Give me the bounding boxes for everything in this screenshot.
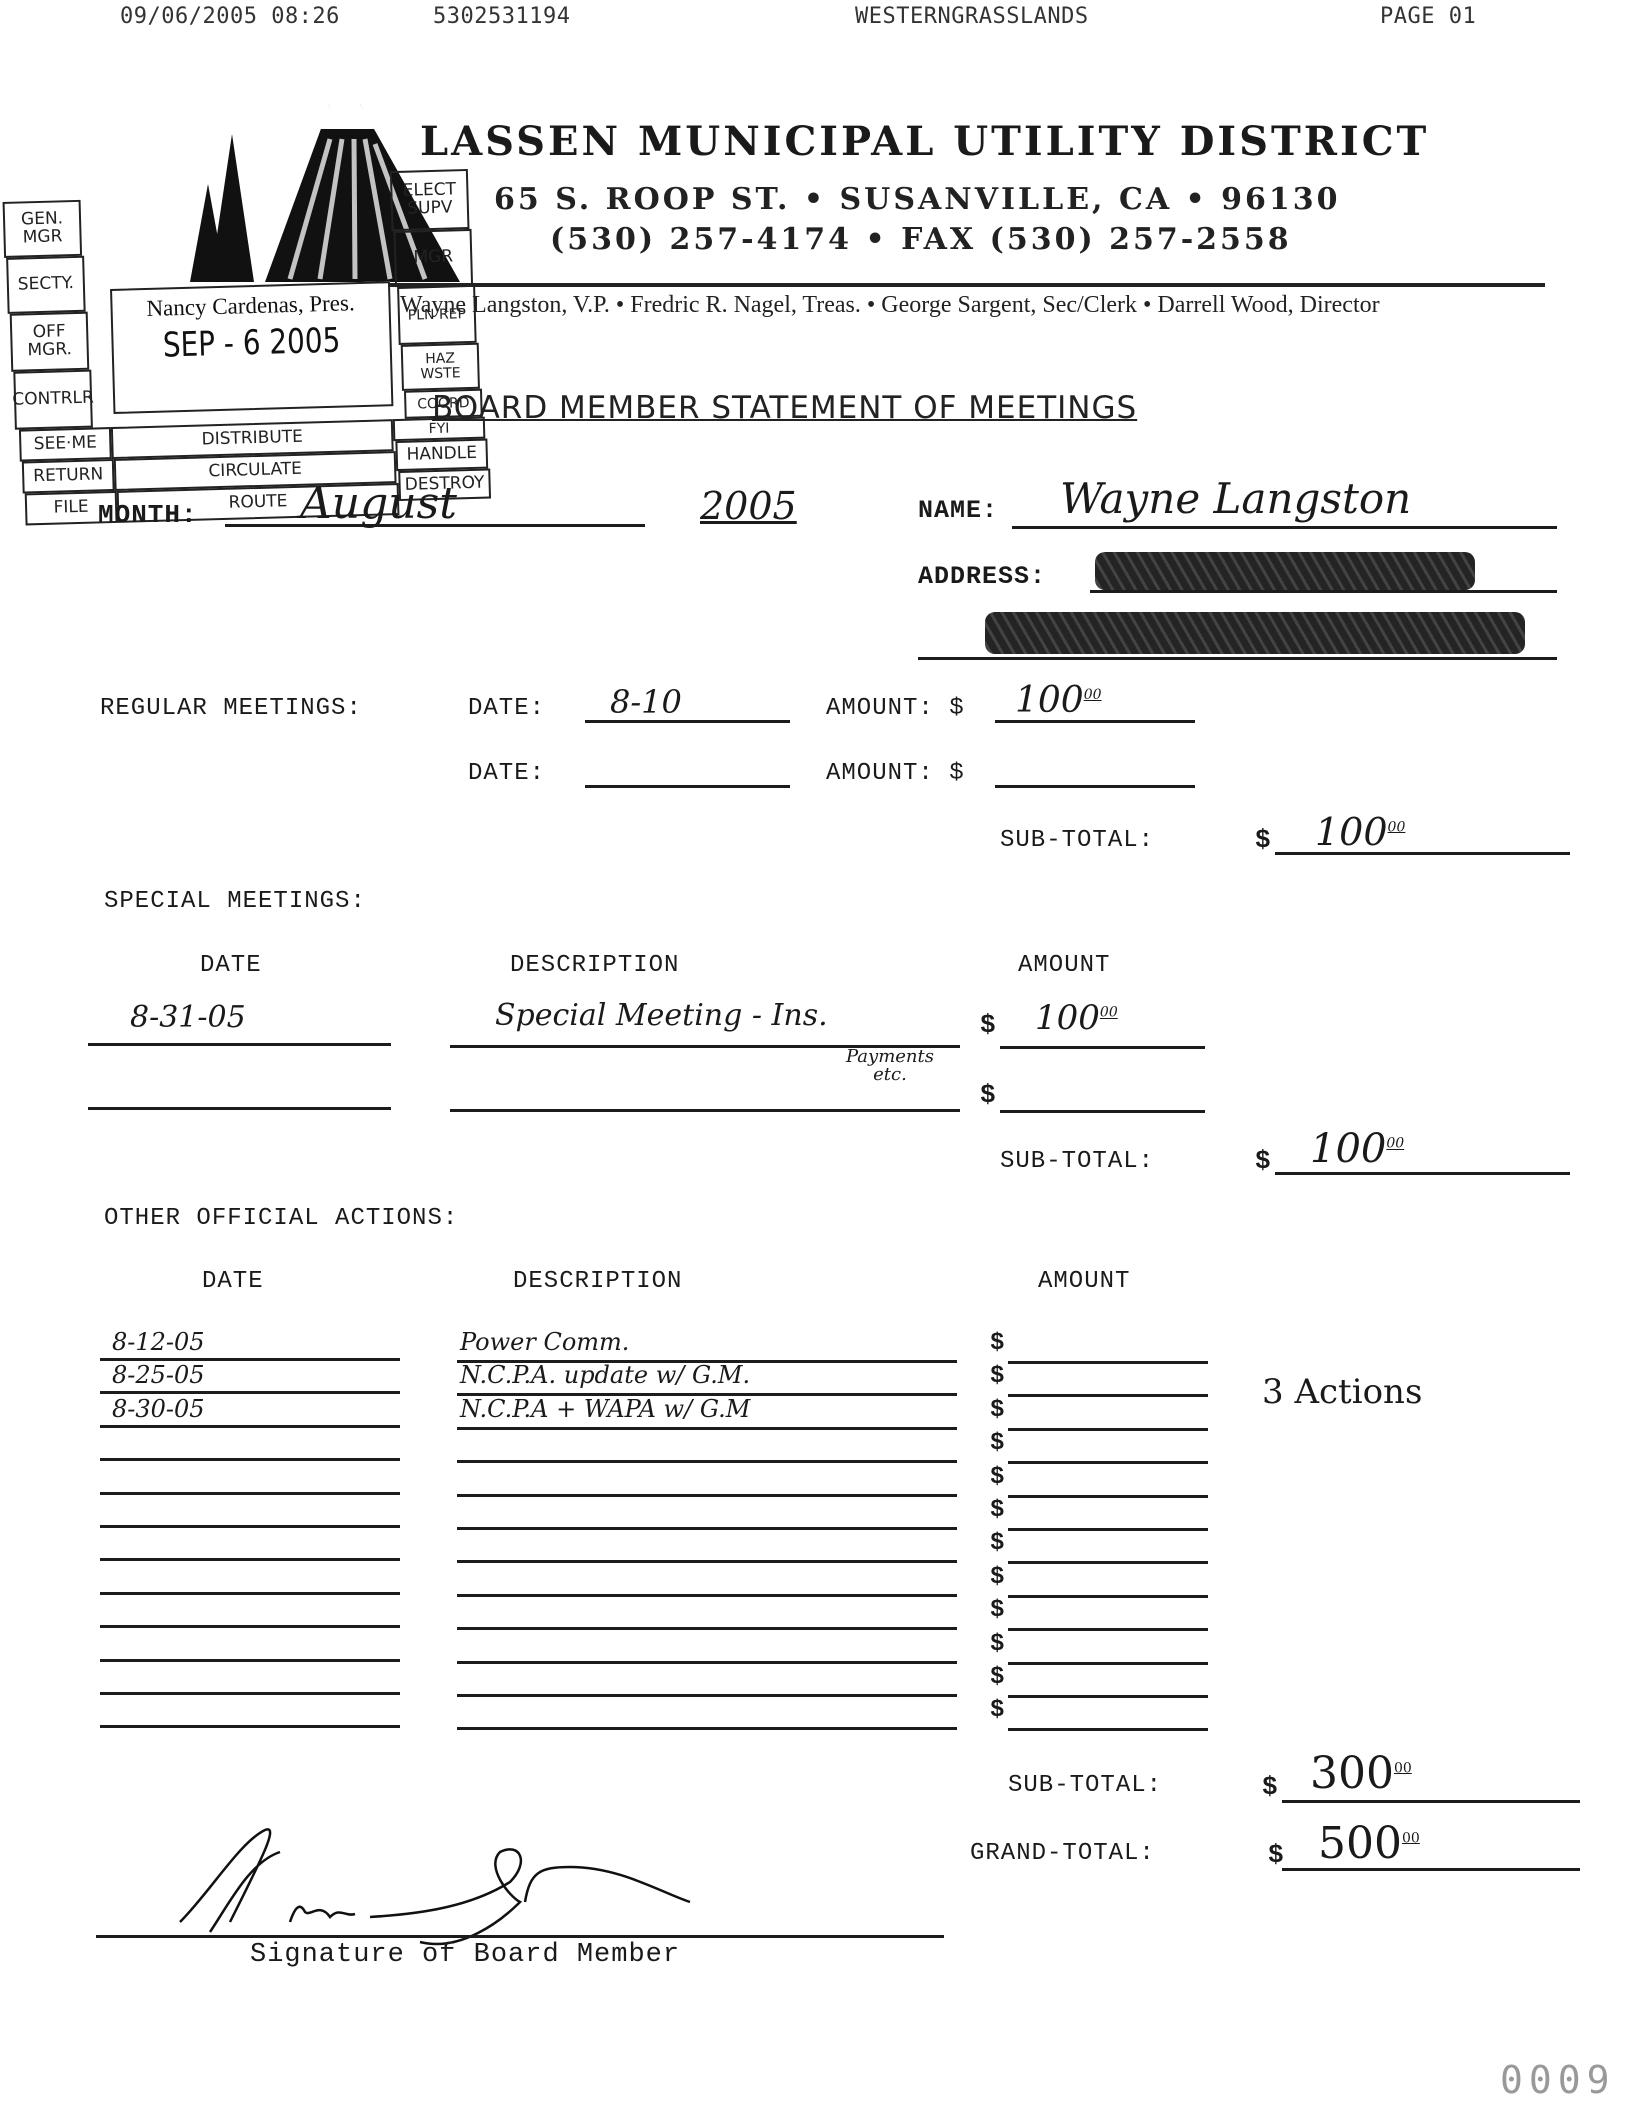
regular-amount-line-2 — [995, 785, 1195, 788]
special-amount-1: 10000 — [1035, 998, 1118, 1038]
org-address: 65 S. ROOP ST. • SUSANVILLE, CA • 96130 — [494, 182, 1341, 217]
regular-subtotal-line — [1275, 852, 1570, 855]
other-amount-line — [1008, 1394, 1208, 1397]
dollar-sign: $ — [990, 1631, 1004, 1658]
stamp-see-me: SEE·ME — [19, 427, 112, 462]
dollar-sign: $ — [990, 1363, 1004, 1390]
other-amount-line — [1008, 1461, 1208, 1464]
regular-amount-line-1 — [995, 720, 1195, 723]
special-meetings-label: SPECIAL MEETINGS: — [104, 888, 366, 915]
address-redaction-2 — [985, 612, 1525, 654]
stamp-off-mgr: OFF MGR. — [10, 312, 90, 372]
other-amount-line — [1008, 1695, 1208, 1698]
regular-date-line-2 — [585, 785, 790, 788]
other-date-line — [100, 1558, 400, 1561]
stamp-pln-rep: PLN REP — [397, 285, 477, 345]
other-action-date: 8-30-05 — [112, 1395, 205, 1423]
other-action-description: N.C.P.A + WAPA w/ G.M — [460, 1395, 750, 1423]
special-date-line-1 — [88, 1043, 391, 1046]
org-name: LASSEN MUNICIPAL UTILITY DISTRICT — [420, 118, 1429, 165]
grand-total-value: 50000 — [1318, 1818, 1420, 1869]
special-description-1: Special Meeting - Ins. — [495, 998, 828, 1033]
other-date-line — [100, 1659, 400, 1662]
dollar-sign: $ — [1255, 825, 1271, 855]
other-date-line — [100, 1458, 400, 1461]
regular-date-label-1: DATE: — [468, 695, 545, 722]
dollar-sign: $ — [990, 1464, 1004, 1491]
bates-number: 0009 — [1500, 2058, 1616, 2102]
dollar-sign: $ — [1255, 1146, 1271, 1176]
stamp-handle: HANDLE — [395, 439, 488, 472]
special-description-note: Payments etc. — [835, 1048, 945, 1084]
special-date-line-2 — [88, 1107, 391, 1110]
signature-line — [96, 1935, 944, 1938]
special-description-line-2 — [450, 1109, 960, 1112]
other-date-line — [100, 1692, 400, 1695]
other-amount-line — [1008, 1561, 1208, 1564]
name-value: Wayne Langston — [1060, 474, 1411, 523]
regular-meetings-label: REGULAR MEETINGS: — [100, 695, 362, 722]
form-title: BOARD MEMBER STATEMENT OF MEETINGS — [432, 390, 1137, 426]
fax-page: PAGE 01 — [1380, 4, 1476, 29]
dollar-sign: $ — [990, 1564, 1004, 1591]
other-subtotal-line — [1282, 1800, 1580, 1803]
dollar-sign: $ — [1262, 1772, 1278, 1802]
dollar-sign: $ — [990, 1664, 1004, 1691]
regular-subtotal-value: 10000 — [1315, 810, 1405, 854]
signature-label: Signature of Board Member — [250, 1940, 680, 1970]
special-date-1: 8-31-05 — [130, 1000, 246, 1035]
regular-amount-label-2: AMOUNT: $ — [826, 760, 965, 787]
dollar-sign: $ — [990, 1397, 1004, 1424]
grand-total-label: GRAND-TOTAL: — [970, 1840, 1155, 1867]
dollar-sign: $ — [990, 1530, 1004, 1557]
stamp-return: RETURN — [22, 459, 115, 494]
other-description-line — [457, 1661, 957, 1664]
dollar-sign: $ — [990, 1497, 1004, 1524]
other-amount-line — [1008, 1495, 1208, 1498]
other-action-date: 8-25-05 — [112, 1361, 205, 1389]
other-action-description: N.C.P.A. update w/ G.M. — [460, 1361, 750, 1389]
name-label: NAME: — [918, 496, 998, 525]
dollar-sign: $ — [990, 1697, 1004, 1724]
other-date-line — [100, 1492, 400, 1495]
address-line-2 — [918, 657, 1557, 660]
actions-count-note: 3 Actions — [1262, 1372, 1422, 1412]
other-amount-line — [1008, 1595, 1208, 1598]
regular-subtotal-label: SUB-TOTAL: — [1000, 827, 1154, 854]
signature-icon — [170, 1822, 730, 1952]
board-officers: Wayne Langston, V.P. • Fredric R. Nagel,… — [400, 292, 1380, 319]
other-date-line — [100, 1625, 400, 1628]
dollar-sign: $ — [980, 1010, 996, 1040]
address-line-1 — [1090, 590, 1557, 593]
month-line — [225, 524, 645, 527]
other-amount-line — [1008, 1428, 1208, 1431]
letterhead-divider — [390, 283, 1545, 287]
other-amount-line — [1008, 1628, 1208, 1631]
stamp-gen-mgr: GEN. MGR — [3, 200, 83, 258]
stamp-haz-wste: HAZ WSTE — [401, 343, 480, 391]
special-amount-line-2 — [1000, 1110, 1205, 1113]
other-date-line — [100, 1592, 400, 1595]
dollar-sign: $ — [1268, 1840, 1284, 1870]
regular-amount-label-1: AMOUNT: $ — [826, 695, 965, 722]
address-redaction-1 — [1095, 552, 1475, 590]
other-subtotal-value: 30000 — [1310, 1748, 1412, 1799]
other-col-description: DESCRIPTION — [513, 1268, 682, 1295]
regular-date-label-2: DATE: — [468, 760, 545, 787]
regular-date-line-1 — [585, 720, 790, 723]
other-col-amount: AMOUNT — [1038, 1268, 1130, 1295]
other-amount-line — [1008, 1662, 1208, 1665]
special-col-amount: AMOUNT — [1018, 952, 1110, 979]
other-description-line — [457, 1427, 957, 1430]
other-description-line — [457, 1727, 957, 1730]
org-phones: (530) 257-4174 • FAX (530) 257-2558 — [550, 222, 1292, 257]
special-subtotal-line — [1275, 1172, 1570, 1175]
received-date: SEP - 6 2005 — [138, 320, 365, 366]
other-description-line — [457, 1594, 957, 1597]
special-subtotal-label: SUB-TOTAL: — [1000, 1148, 1154, 1175]
dollar-sign: $ — [990, 1597, 1004, 1624]
other-description-line — [457, 1560, 957, 1563]
received-date-box: Nancy Cardenas, Pres. SEP - 6 2005 — [110, 281, 393, 414]
other-date-line — [100, 1525, 400, 1528]
fax-phone: 5302531194 — [433, 4, 570, 29]
address-label: ADDRESS: — [918, 562, 1046, 591]
special-amount-line-1 — [1000, 1046, 1205, 1049]
stamp-elect-supv: ELECT SUPV — [390, 169, 470, 231]
other-description-line — [457, 1527, 957, 1530]
other-date-line — [100, 1391, 400, 1394]
regular-amount-1: 10000 — [1015, 680, 1102, 721]
other-amount-line — [1008, 1528, 1208, 1531]
stamp-mgr: MGR — [394, 229, 474, 287]
other-action-description: Power Comm. — [460, 1328, 629, 1356]
grand-total-line — [1282, 1868, 1580, 1871]
other-amount-line — [1008, 1361, 1208, 1364]
regular-date-1: 8-10 — [610, 683, 682, 721]
other-description-line — [457, 1694, 957, 1697]
fax-datetime: 09/06/2005 08:26 — [120, 4, 340, 29]
month-label: MONTH: — [98, 500, 198, 530]
stamp-secty: SECTY. — [6, 256, 86, 314]
other-date-line — [100, 1725, 400, 1728]
other-subtotal-label: SUB-TOTAL: — [1008, 1772, 1162, 1799]
other-action-date: 8-12-05 — [112, 1328, 205, 1356]
name-line — [1012, 526, 1557, 529]
special-col-description: DESCRIPTION — [510, 952, 679, 979]
special-col-date: DATE — [200, 952, 262, 979]
other-actions-label: OTHER OFFICIAL ACTIONS: — [104, 1205, 458, 1232]
other-description-line — [457, 1494, 957, 1497]
other-description-line — [457, 1627, 957, 1630]
year-value: 2005 — [700, 484, 797, 528]
stamp-contrlr: CONTRLR — [13, 370, 93, 430]
other-description-line — [457, 1460, 957, 1463]
other-amount-line — [1008, 1728, 1208, 1731]
other-date-line — [100, 1425, 400, 1428]
stamp-president: Nancy Cardenas, Pres. — [112, 289, 389, 323]
special-subtotal-value: 10000 — [1310, 1126, 1404, 1172]
fax-sender: WESTERNGRASSLANDS — [855, 4, 1089, 29]
dollar-sign: $ — [990, 1430, 1004, 1457]
dollar-sign: $ — [980, 1080, 996, 1110]
month-value: August — [300, 478, 457, 529]
other-col-date: DATE — [202, 1268, 264, 1295]
dollar-sign: $ — [990, 1330, 1004, 1357]
